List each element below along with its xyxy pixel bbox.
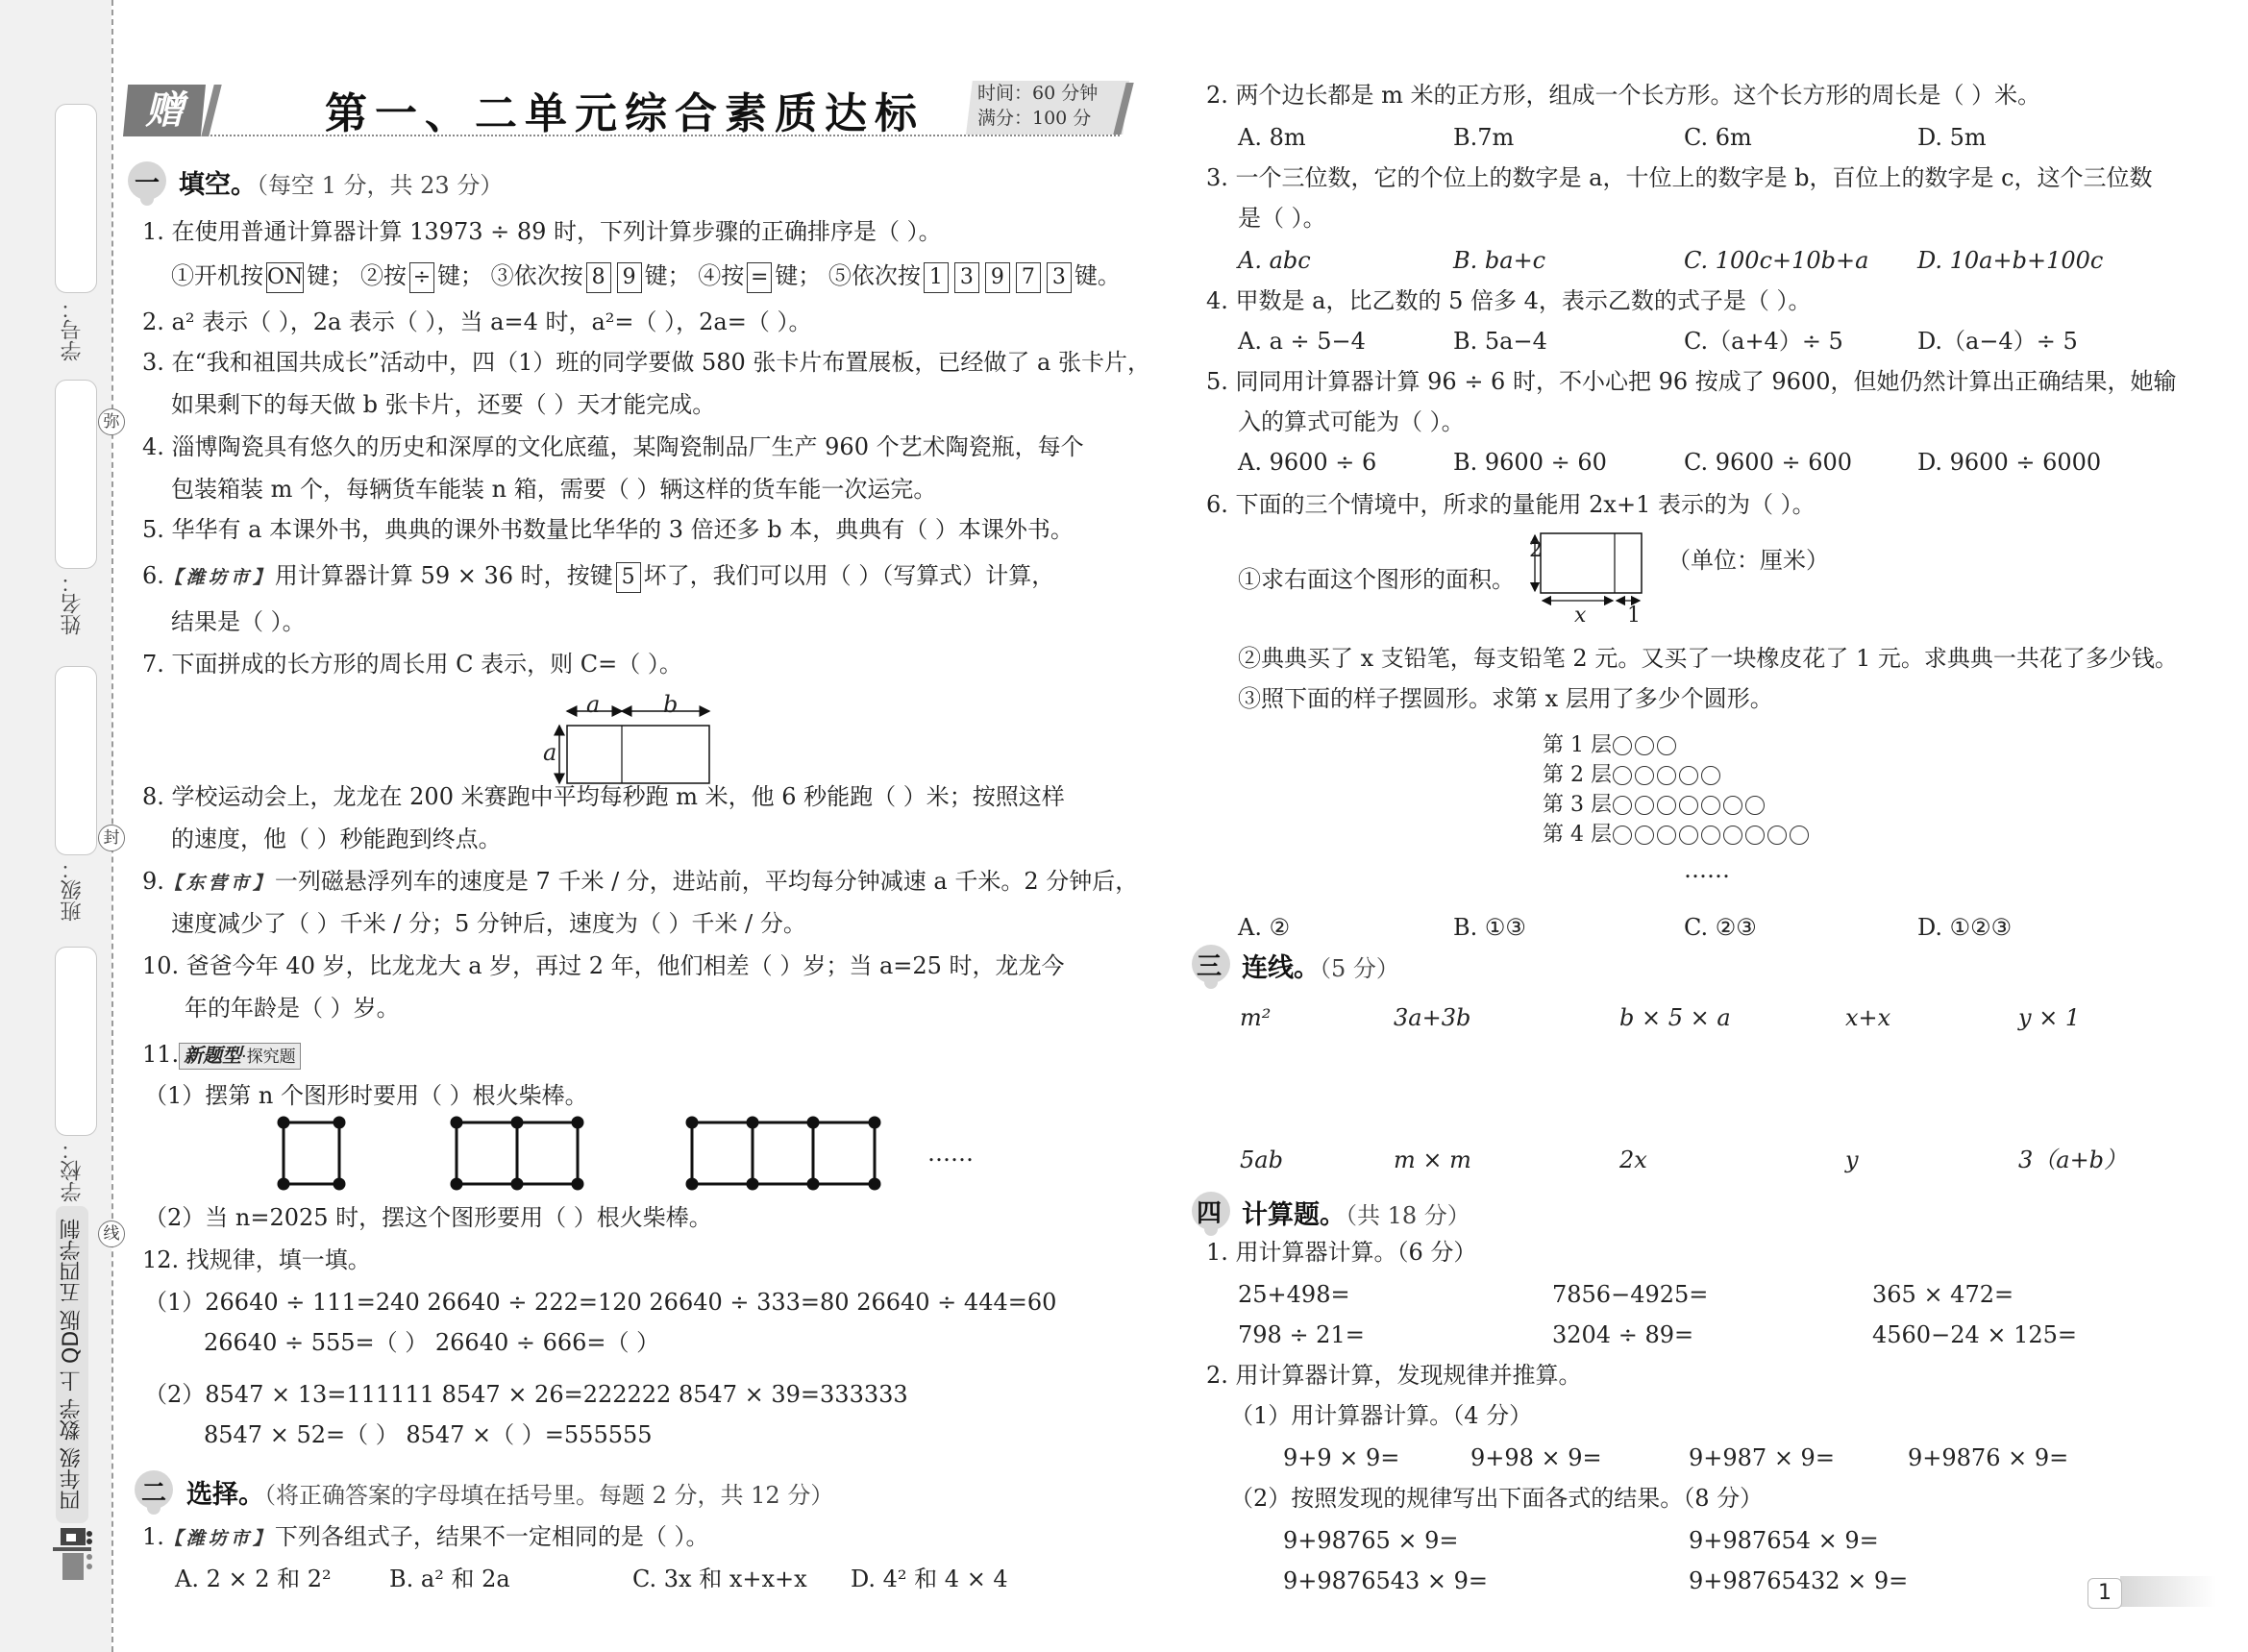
calc-question-1: 1. 用计算器计算。（6 分） [1206,1238,1476,1267]
label-a-top: a [586,690,600,719]
calc-item: 9+9876543 × 9= [1283,1566,1488,1595]
calc-item: 9+987654 × 9= [1689,1526,1879,1555]
option-b: B. 9600 ÷ 60 [1453,448,1607,477]
match-bottom-1[interactable]: 5ab [1240,1146,1283,1174]
question-8-line2: 的速度，他（ ）秒能跑到终点。 [171,825,502,853]
calc-item: 798 ÷ 21= [1238,1320,1365,1349]
section-note: （将正确答案的字母填在括号里。每题 2 分，共 12 分） [264,1482,833,1509]
page-title: 第一、二单元综合素质达标 [317,79,932,140]
calc-question-2-part1: （1）用计算器计算。（4 分） [1230,1401,1532,1430]
width-1-label: 1 [1627,604,1641,628]
seal-mi: 弥 [98,408,125,435]
choice-question-4: 4. 甲数是 a，比乙数的 5 倍多 4，表示乙数的式子是（ ）。 [1206,286,1812,315]
option-d: D. 4² 和 4 × 4 [851,1565,1008,1593]
calc-item: 3204 ÷ 89= [1552,1320,1693,1349]
section-number: 一 [135,163,160,199]
choice-question-2: 2. 两个边长都是 m 米的正方形，组成一个长方形。这个长方形的周长是（ ）米。 [1206,81,2040,110]
circle-layers: 第 1 层 第 2 层 第 3 层 第 4 层 [1543,730,1811,850]
option-b: B. ba+c [1453,246,1545,275]
question-9: 9.【东营市】一列磁悬浮列车的速度是 7 千米 / 分，进站前，平均每分钟减速 … [142,867,1138,898]
seal-feng: 封 [98,825,125,851]
option-a: A. 8m [1238,123,1306,152]
section-title: 计算题。 [1242,1200,1346,1230]
layer-row: 第 4 层 [1543,820,1811,850]
class-label: 班级： [58,858,87,922]
option-c: C.（a+4）÷ 5 [1684,327,1843,356]
question-11: 11.新题型·探究题 [142,1040,301,1070]
seal-xian: 线 [98,1221,125,1247]
choice-question-3-line2: 是（ ）。 [1238,204,1326,233]
label-b-top: b [663,690,678,719]
option-b: B.7m [1453,123,1514,152]
option-d: D. 10a+b+100c [1917,246,2103,275]
choice-question-1: 1.【潍坊市】下列各组式子，结果不一定相同的是（ ）。 [142,1522,709,1553]
question-3-line2: 如果剩下的每天做 b 张卡片，还要（ ）天才能完成。 [171,390,715,419]
calc-item: 25+498= [1238,1280,1350,1309]
calc-item: 9+987 × 9= [1689,1443,1835,1472]
match-bottom-3[interactable]: 2x [1619,1146,1647,1174]
full-score: 满分：100 分 [977,106,1129,131]
key-9b: 9 [985,262,1010,293]
region-tag: 【潍坊市】 [164,563,275,592]
header-divider [207,135,1120,136]
option-d: D. ①②③ [1917,913,2012,942]
gift-tag: 赠 [123,85,206,136]
layers-ellipsis: …… [1684,855,1730,884]
new-question-type-tag: 新题型·探究题 [179,1043,300,1070]
scenario-3: ③照下面的样子摆圆形。求第 x 层用了多少个圆形。 [1238,684,1773,713]
section-title: 填空。 [179,170,257,200]
time-limit: 时间：60 分钟 [977,81,1129,106]
question-6-line2: 结果是（ ）。 [171,607,306,636]
option-a: A. abc [1238,246,1311,275]
option-c: C. 6m [1684,123,1752,152]
match-bottom-2[interactable]: m × m [1394,1146,1471,1174]
key-9: 9 [617,262,642,293]
calc-item: 9+9876 × 9= [1908,1443,2068,1472]
section-heading: 填空。（每空 1 分，共 23 分） [179,163,503,201]
question-4-line1: 4. 淄博陶瓷具有悠久的历史和深厚的文化底蕴，某陶瓷制品厂生产 960 个艺术陶… [142,432,1084,461]
question-6: 6.【潍坊市】用计算器计算 59 × 36 时，按键5坏了，我们可以用（ ）（写… [142,561,1054,593]
key-5: 5 [616,562,641,593]
option-b: B. 5a−4 [1453,327,1547,356]
section-note: （每空 1 分，共 23 分） [257,172,503,199]
option-c: C. 9600 ÷ 600 [1684,448,1852,477]
option-d: D. 5m [1917,123,1987,152]
key-equals: = [747,262,772,293]
time-score-box: 时间：60 分钟 满分：100 分 [966,81,1129,135]
section-number: 三 [1197,947,1222,982]
question-1-steps: ①开机按ON键； ②按÷键； ③依次按89键； ④按=键； ⑤依次按13973键… [171,261,1121,293]
grade-subject-label: 四年级 数学 上 QD版 五四学制 [56,1206,88,1523]
school-label: 学校： [58,1139,87,1202]
option-c: C. 3x 和 x+x+x [632,1565,807,1593]
pattern-ellipsis: …… [927,1139,974,1168]
calc-question-2-part2: （2）按照发现的规律写出下面各式的结果。（8 分） [1230,1484,1763,1513]
name-label: 姓名： [58,572,87,635]
option-d: D. 9600 ÷ 6000 [1917,448,2101,477]
option-c: C. 100c+10b+a [1684,246,1868,275]
option-c: C. ②③ [1684,913,1757,942]
option-a: A. 9600 ÷ 6 [1238,448,1376,477]
matchstick-pattern [269,1115,990,1192]
choice-question-3: 3. 一个三位数，它的个位上的数字是 a，十位上的数字是 b，百位上的数字是 c… [1206,163,2153,192]
calc-item: 9+98765 × 9= [1283,1526,1458,1555]
section-heading: 计算题。（共 18 分） [1242,1194,1470,1231]
question-7: 7. 下面拼成的长方形的周长用 C 表示，则 C=（ ）。 [142,650,682,678]
calc-item: 7856−4925= [1552,1280,1708,1309]
question-4-line2: 包装箱装 m 个，每辆货车能装 n 箱，需要（ ）辆这样的货车能一次运完。 [171,475,936,504]
publisher-logo-icon [53,1528,96,1584]
layer-row: 第 2 层 [1543,760,1811,790]
question-10-line1: 10. 爸爸今年 40 岁，比龙龙大 a 岁，再过 2 年，他们相差（ ）岁；当… [142,951,1065,980]
question-12-part1-line1: （1）26640 ÷ 111=240 26640 ÷ 222=120 26640… [144,1288,1056,1317]
calc-item: 9+98765432 × 9= [1689,1566,1908,1595]
height-label: 2 [1529,538,1543,562]
page-number: 1 [2087,1578,2122,1609]
key-3: 3 [954,262,979,293]
match-top-1[interactable]: m² [1240,1003,1271,1032]
scenario-1: ①求右面这个图形的面积。 [1238,565,1515,594]
scenario-2: ②典典买了 x 支铅笔，每支铅笔 2 元。又买了一块橡皮花了 1 元。求典典一共… [1238,644,2178,673]
choice-question-5: 5. 同同用计算器计算 96 ÷ 6 时，不小心把 96 按成了 9600，但她… [1206,367,2176,396]
question-5: 5. 华华有 a 本课外书，典典的课外书数量比华华的 3 倍还多 b 本，典典有… [142,515,1074,544]
question-12-part1-line2: 26640 ÷ 555=（ ） 26640 ÷ 666=（ ） [204,1328,659,1357]
section-heading: 选择。（将正确答案的字母填在括号里。每题 2 分，共 12 分） [186,1473,833,1511]
section-title: 连线。 [1242,953,1320,983]
region-tag: 【东营市】 [164,869,275,898]
student-id-field[interactable] [55,104,97,293]
calc-item: 9+98 × 9= [1470,1443,1602,1472]
match-bottom-5[interactable]: 3（a+b） [2018,1146,2127,1174]
key-8: 8 [586,262,611,293]
section-title: 选择。 [186,1480,264,1510]
question-3-line1: 3. 在“我和祖国共成长”活动中，四（1）班的同学要做 580 张卡片布置展板，… [142,348,1150,377]
width-x-label: x [1574,604,1586,628]
class-field[interactable] [55,666,97,855]
key-7: 7 [1016,262,1041,293]
section-number: 二 [141,1473,166,1509]
match-bottom-4[interactable]: y [1845,1146,1859,1174]
layer-row: 第 3 层 [1543,790,1811,820]
match-top-2[interactable]: 3a+3b [1394,1003,1470,1032]
calc-item: 9+9 × 9= [1283,1443,1399,1472]
name-field[interactable] [55,380,97,569]
option-a: A. 2 × 2 和 2² [175,1565,332,1593]
option-a: A. ② [1238,913,1290,942]
question-2: 2. a² 表示（ ），2a 表示（ ），当 a=4 时，a²=（ ），2a=（… [142,308,811,336]
match-top-4[interactable]: x+x [1845,1003,1890,1032]
option-b: B. a² 和 2a [389,1565,510,1593]
question-11-part1: （1）摆第 n 个图形时要用（ ）根火柴棒。 [144,1081,588,1110]
unit-note: （单位：厘米） [1667,546,1829,575]
section-note: （共 18 分） [1346,1202,1470,1229]
option-d: D.（a−4）÷ 5 [1917,327,2078,356]
question-12-part2-line1: （2）8547 × 13=111111 8547 × 26=222222 854… [144,1380,908,1409]
calc-question-2: 2. 用计算器计算，发现规律并推算。 [1206,1361,1582,1390]
calc-item: 365 × 472= [1872,1280,2013,1309]
student-id-label: 学号： [58,298,87,361]
key-1: 1 [924,262,949,293]
key-on: ON [266,262,304,293]
question-10-line2: 年的年龄是（ ）岁。 [185,994,400,1023]
key-3b: 3 [1047,262,1072,293]
key-divide: ÷ [409,262,434,293]
label-a-side: a [543,738,556,767]
school-field[interactable] [55,947,97,1136]
option-b: B. ①③ [1453,913,1526,942]
section-number: 四 [1197,1194,1222,1229]
question-1: 1. 在使用普通计算器计算 13973 ÷ 89 时，下列计算步骤的正确排序是（… [142,217,942,246]
region-tag: 【潍坊市】 [164,1524,275,1553]
section-note: （5 分） [1320,955,1399,982]
choice-question-5-line2: 入的算式可能为（ ）。 [1238,407,1465,436]
calc-item: 4560−24 × 125= [1872,1320,2077,1349]
match-top-5[interactable]: y × 1 [2018,1003,2080,1032]
question-11-part2: （2）当 n=2025 时，摆这个图形要用（ ）根火柴棒。 [144,1203,712,1232]
match-top-3[interactable]: b × 5 × a [1619,1003,1731,1032]
layer-row: 第 1 层 [1543,730,1811,760]
question-12: 12. 找规律，填一填。 [142,1245,371,1274]
question-9-line2: 速度减少了（ ）千米 / 分；5 分钟后，速度为（ ）千米 / 分。 [171,909,806,938]
option-a: A. a ÷ 5−4 [1238,327,1366,356]
question-12-part2-line2: 8547 × 52=（ ） 8547 ×（ ）=555555 [204,1420,653,1449]
section-heading: 连线。（5 分） [1242,947,1399,984]
page-number-banner [2120,1576,2216,1607]
choice-question-6: 6. 下面的三个情境中，所求的量能用 2x+1 表示的为（ ）。 [1206,490,1816,519]
question-8-line1: 8. 学校运动会上，龙龙在 200 米赛跑中平均每秒跑 m 米，他 6 秒能跑（… [142,782,1065,811]
